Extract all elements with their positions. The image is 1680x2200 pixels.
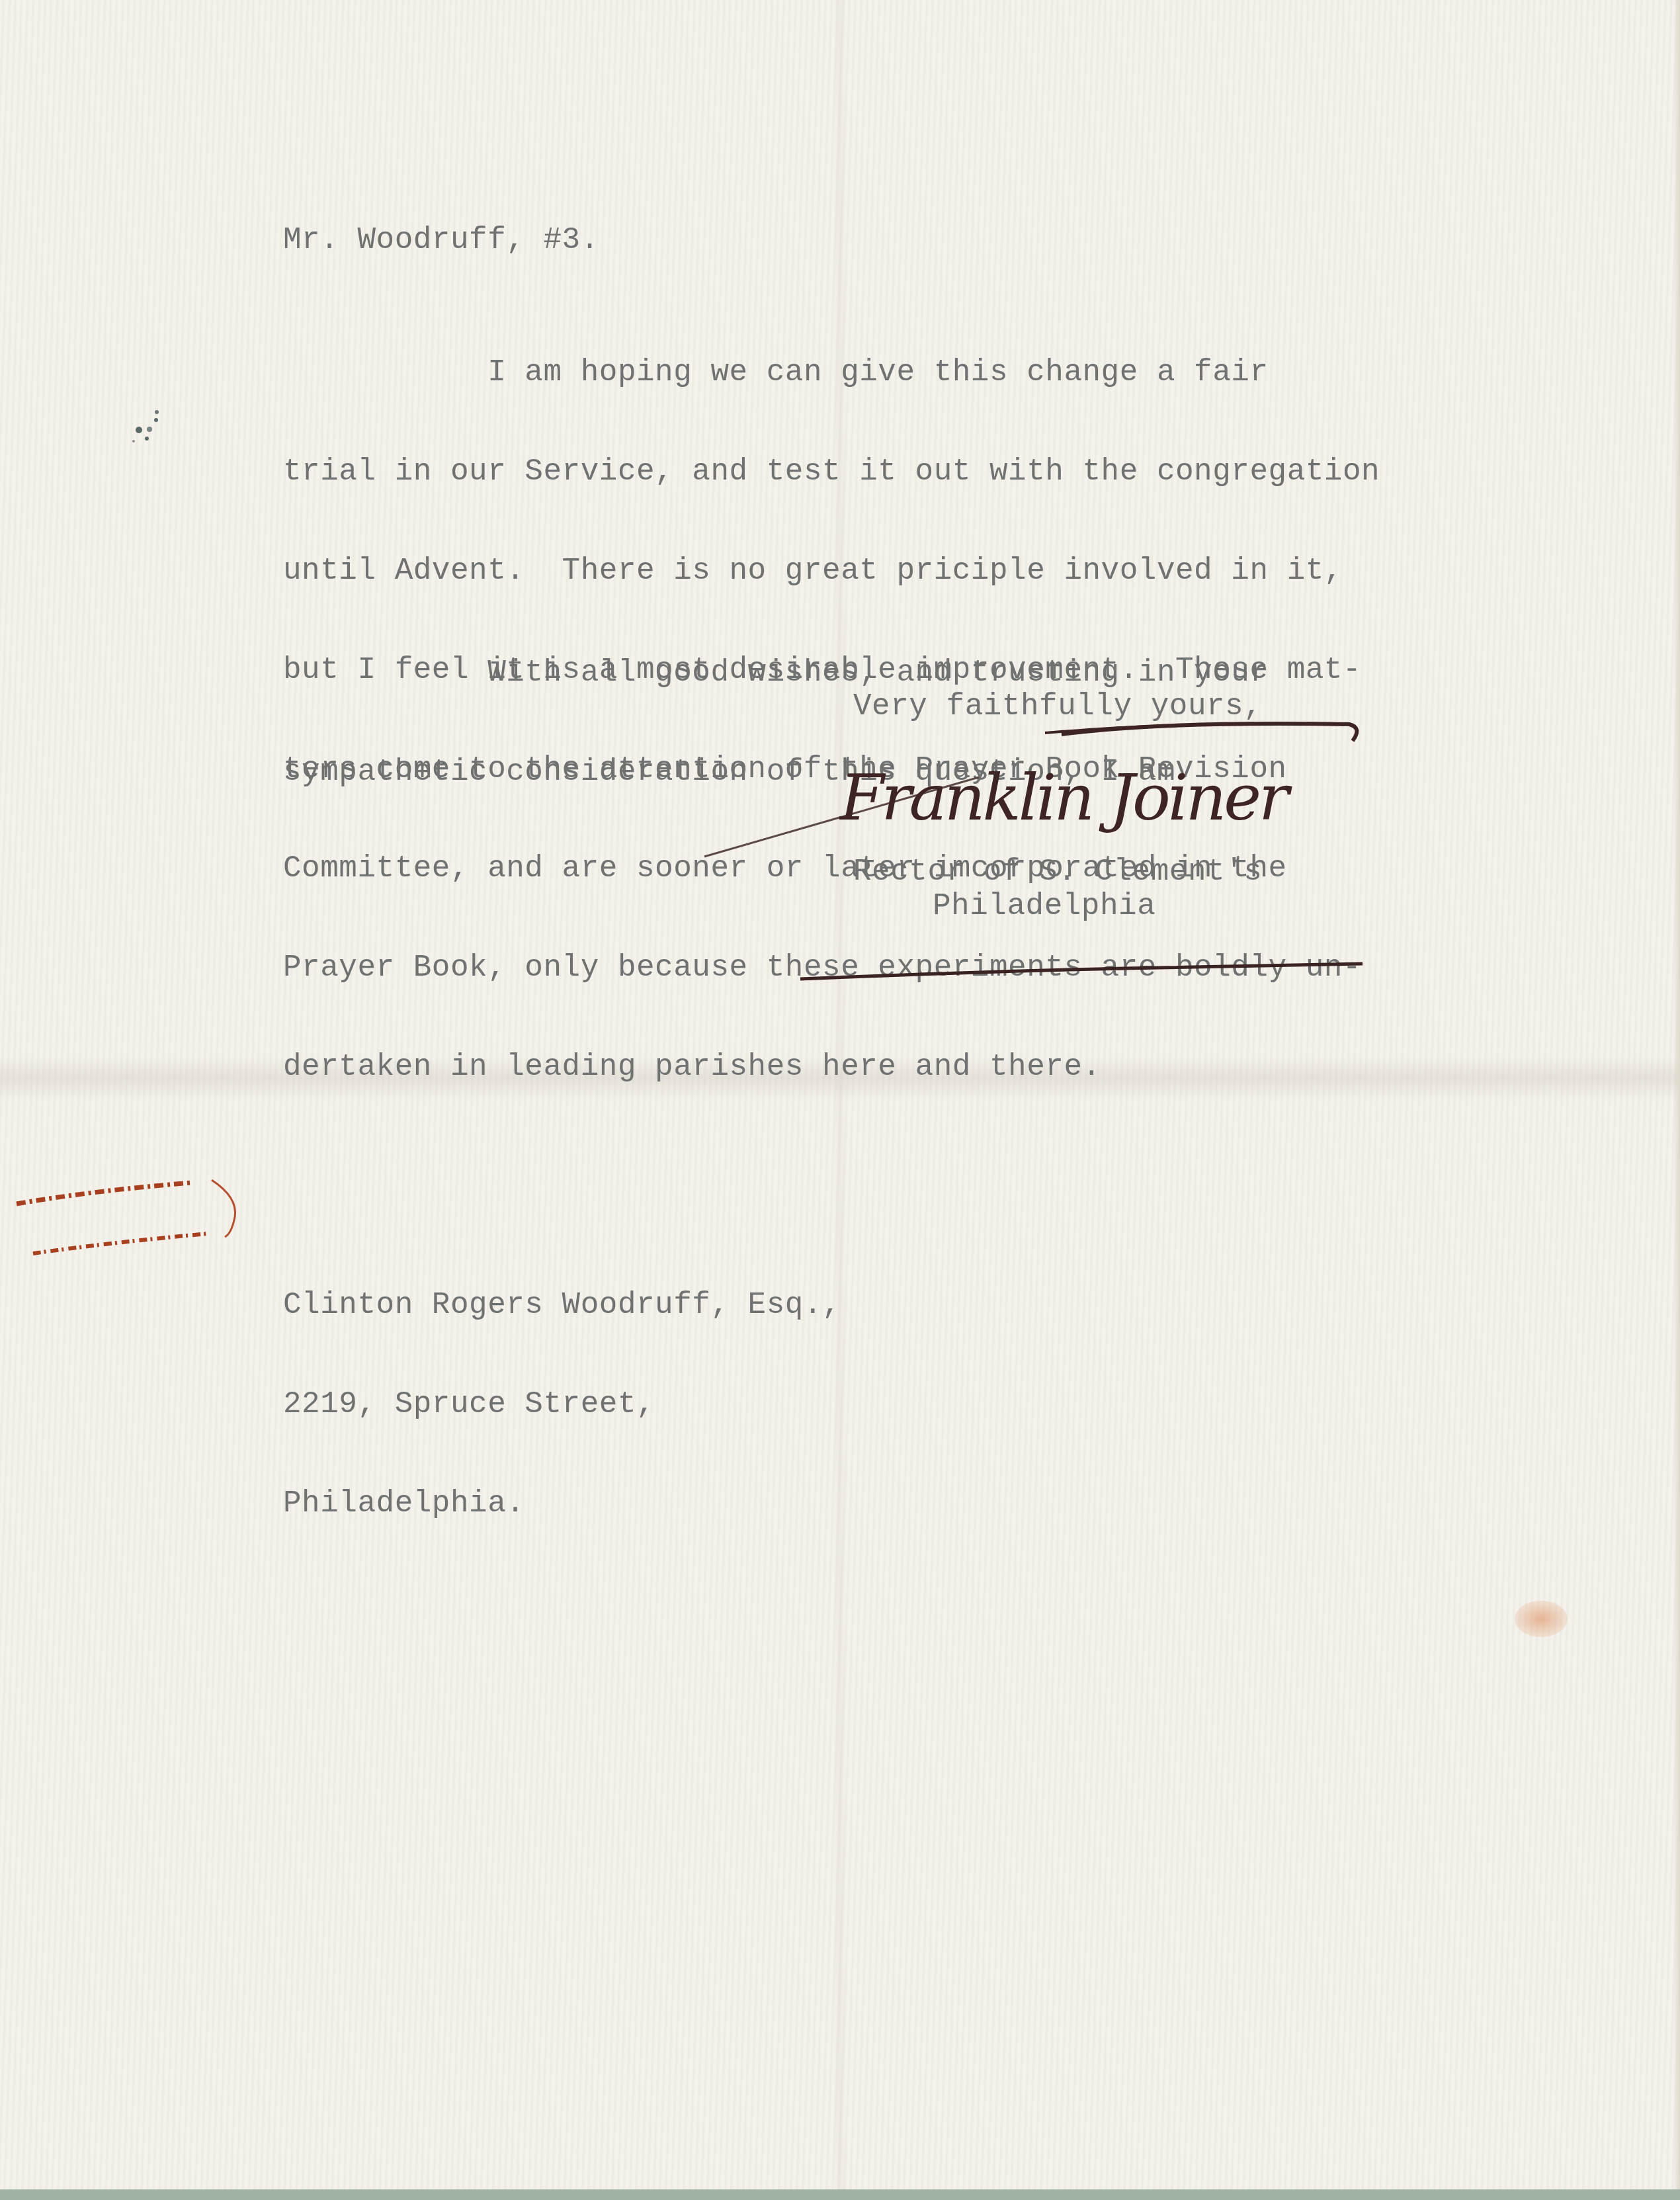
salutation-line: Mr. Woodruff, #3. xyxy=(283,224,599,257)
recipient-name: Clinton Rogers Woodruff, Esq., xyxy=(283,1289,841,1322)
signature-name: Franklin Joiner xyxy=(840,761,1286,835)
paragraph-line: I am hoping we can give this change a fa… xyxy=(283,356,1380,389)
paragraph-line: With all good wishes, and trusting in yo… xyxy=(283,656,1269,689)
paragraph-line: dertaken in leading parishes here and th… xyxy=(283,1050,1380,1083)
handwritten-signature: Franklin Joiner xyxy=(701,714,1363,873)
page-bottom-edge xyxy=(0,2189,1680,2200)
recipient-city: Philadelphia. xyxy=(283,1487,841,1520)
ink-specks xyxy=(119,407,172,453)
page-right-edge xyxy=(1673,0,1680,2189)
paper-stain xyxy=(1515,1601,1568,1637)
recipient-street: 2219, Spruce Street, xyxy=(283,1388,841,1421)
paragraph-line: until Advent. There is no great priciple… xyxy=(283,554,1380,587)
ink-underline-rule xyxy=(794,946,1369,986)
red-pencil-mark xyxy=(13,1171,251,1263)
paragraph-line: trial in our Service, and test it out wi… xyxy=(283,455,1380,488)
signer-title: Rector of S. Clement's xyxy=(853,855,1262,888)
signer-city: Philadelphia xyxy=(933,890,1155,923)
recipient-address: Clinton Rogers Woodruff, Esq., 2219, Spr… xyxy=(283,1222,841,1553)
